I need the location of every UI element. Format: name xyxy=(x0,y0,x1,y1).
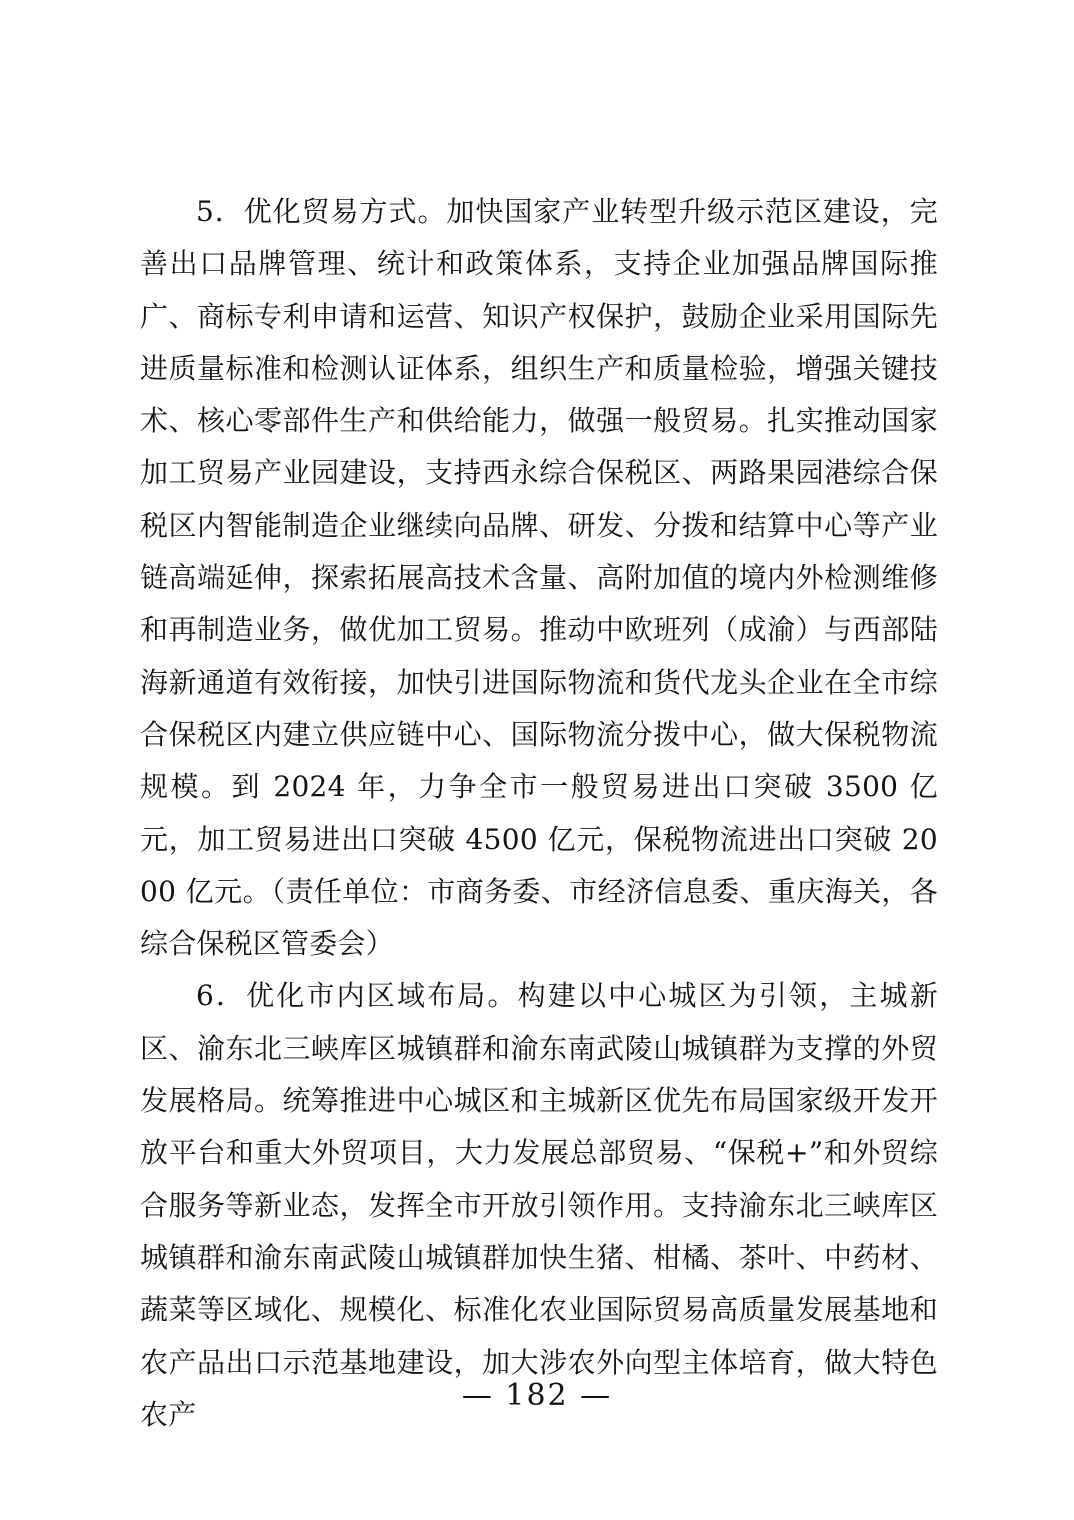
item-5-body-text: 加快国家产业转型升级示范区建设，完善出口品牌管理、统计和政策体系，支持企业加强品… xyxy=(140,195,938,908)
document-page: 5．优化贸易方式。加快国家产业转型升级示范区建设，完善出口品牌管理、统计和政策体… xyxy=(0,0,1074,1520)
page-number: — 182 — xyxy=(0,1378,1074,1413)
item-5-heading: 5．优化贸易方式。 xyxy=(196,195,446,228)
paragraph-item-6: 6．优化市内区域布局。构建以中心城区为引领，主城新区、渝东北三峡库区城镇群和渝东… xyxy=(140,970,938,1441)
item-6-heading: 6．优化市内区域布局。 xyxy=(196,979,518,1012)
document-body: 5．优化贸易方式。加快国家产业转型升级示范区建设，完善出口品牌管理、统计和政策体… xyxy=(140,186,938,1441)
item-6-body-text: 构建以中心城区为引领，主城新区、渝东北三峡库区城镇群和渝东南武陵山城镇群为支撑的… xyxy=(140,979,938,1430)
paragraph-item-5: 5．优化贸易方式。加快国家产业转型升级示范区建设，完善出口品牌管理、统计和政策体… xyxy=(140,186,938,970)
